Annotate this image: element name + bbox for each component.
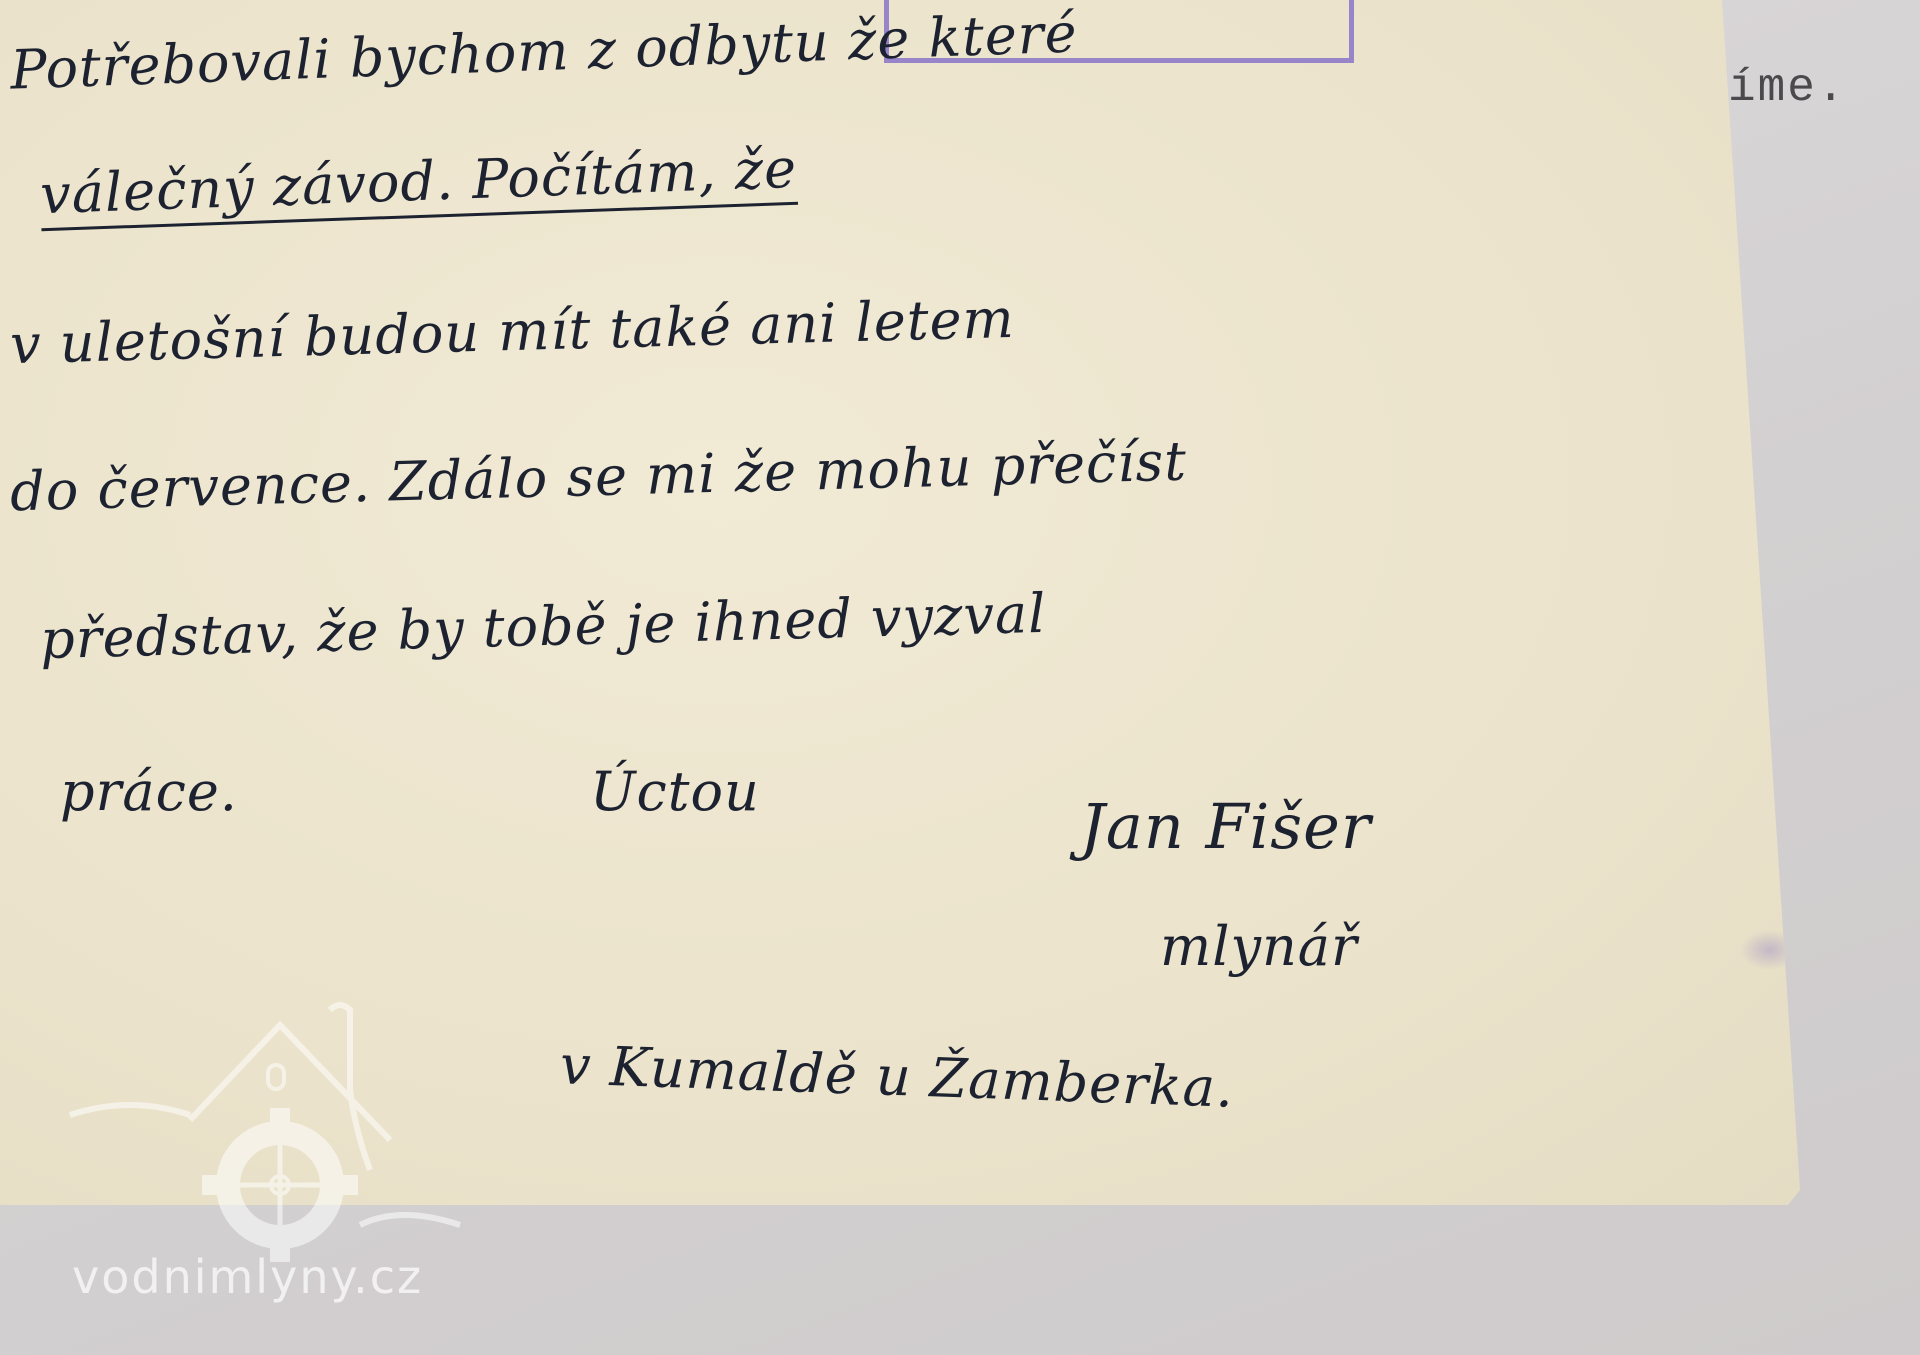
watermill-house-icon (60, 990, 520, 1290)
handwritten-line-3: v uletošní budou mít také ani letem (9, 287, 1015, 376)
handwritten-line-6: práce. (60, 760, 238, 823)
signature-greeting: Úctou (590, 760, 760, 823)
handwritten-line-1: Potřebovali bychom z odbytu že které (9, 1, 1078, 101)
signature-title: mlynář (1160, 915, 1358, 978)
handwritten-line-4: do července. Zdálo se mi že mohu přečíst (9, 430, 1187, 524)
handwritten-line-5: představ, že by tobě je ihned vyzval (39, 582, 1047, 671)
typed-text-fragment: íme. (1728, 62, 1846, 114)
signature-name: Jan Fišer (1080, 790, 1371, 863)
signature-place: v Kumaldě u Žamberka. (559, 1033, 1235, 1119)
watermark-text: vodnimlyny.cz (72, 1250, 423, 1304)
handwritten-line-2: válečný závod. Počítám, že (39, 137, 798, 226)
underlined-phrase: válečný závod. Počítám, že (39, 137, 798, 231)
